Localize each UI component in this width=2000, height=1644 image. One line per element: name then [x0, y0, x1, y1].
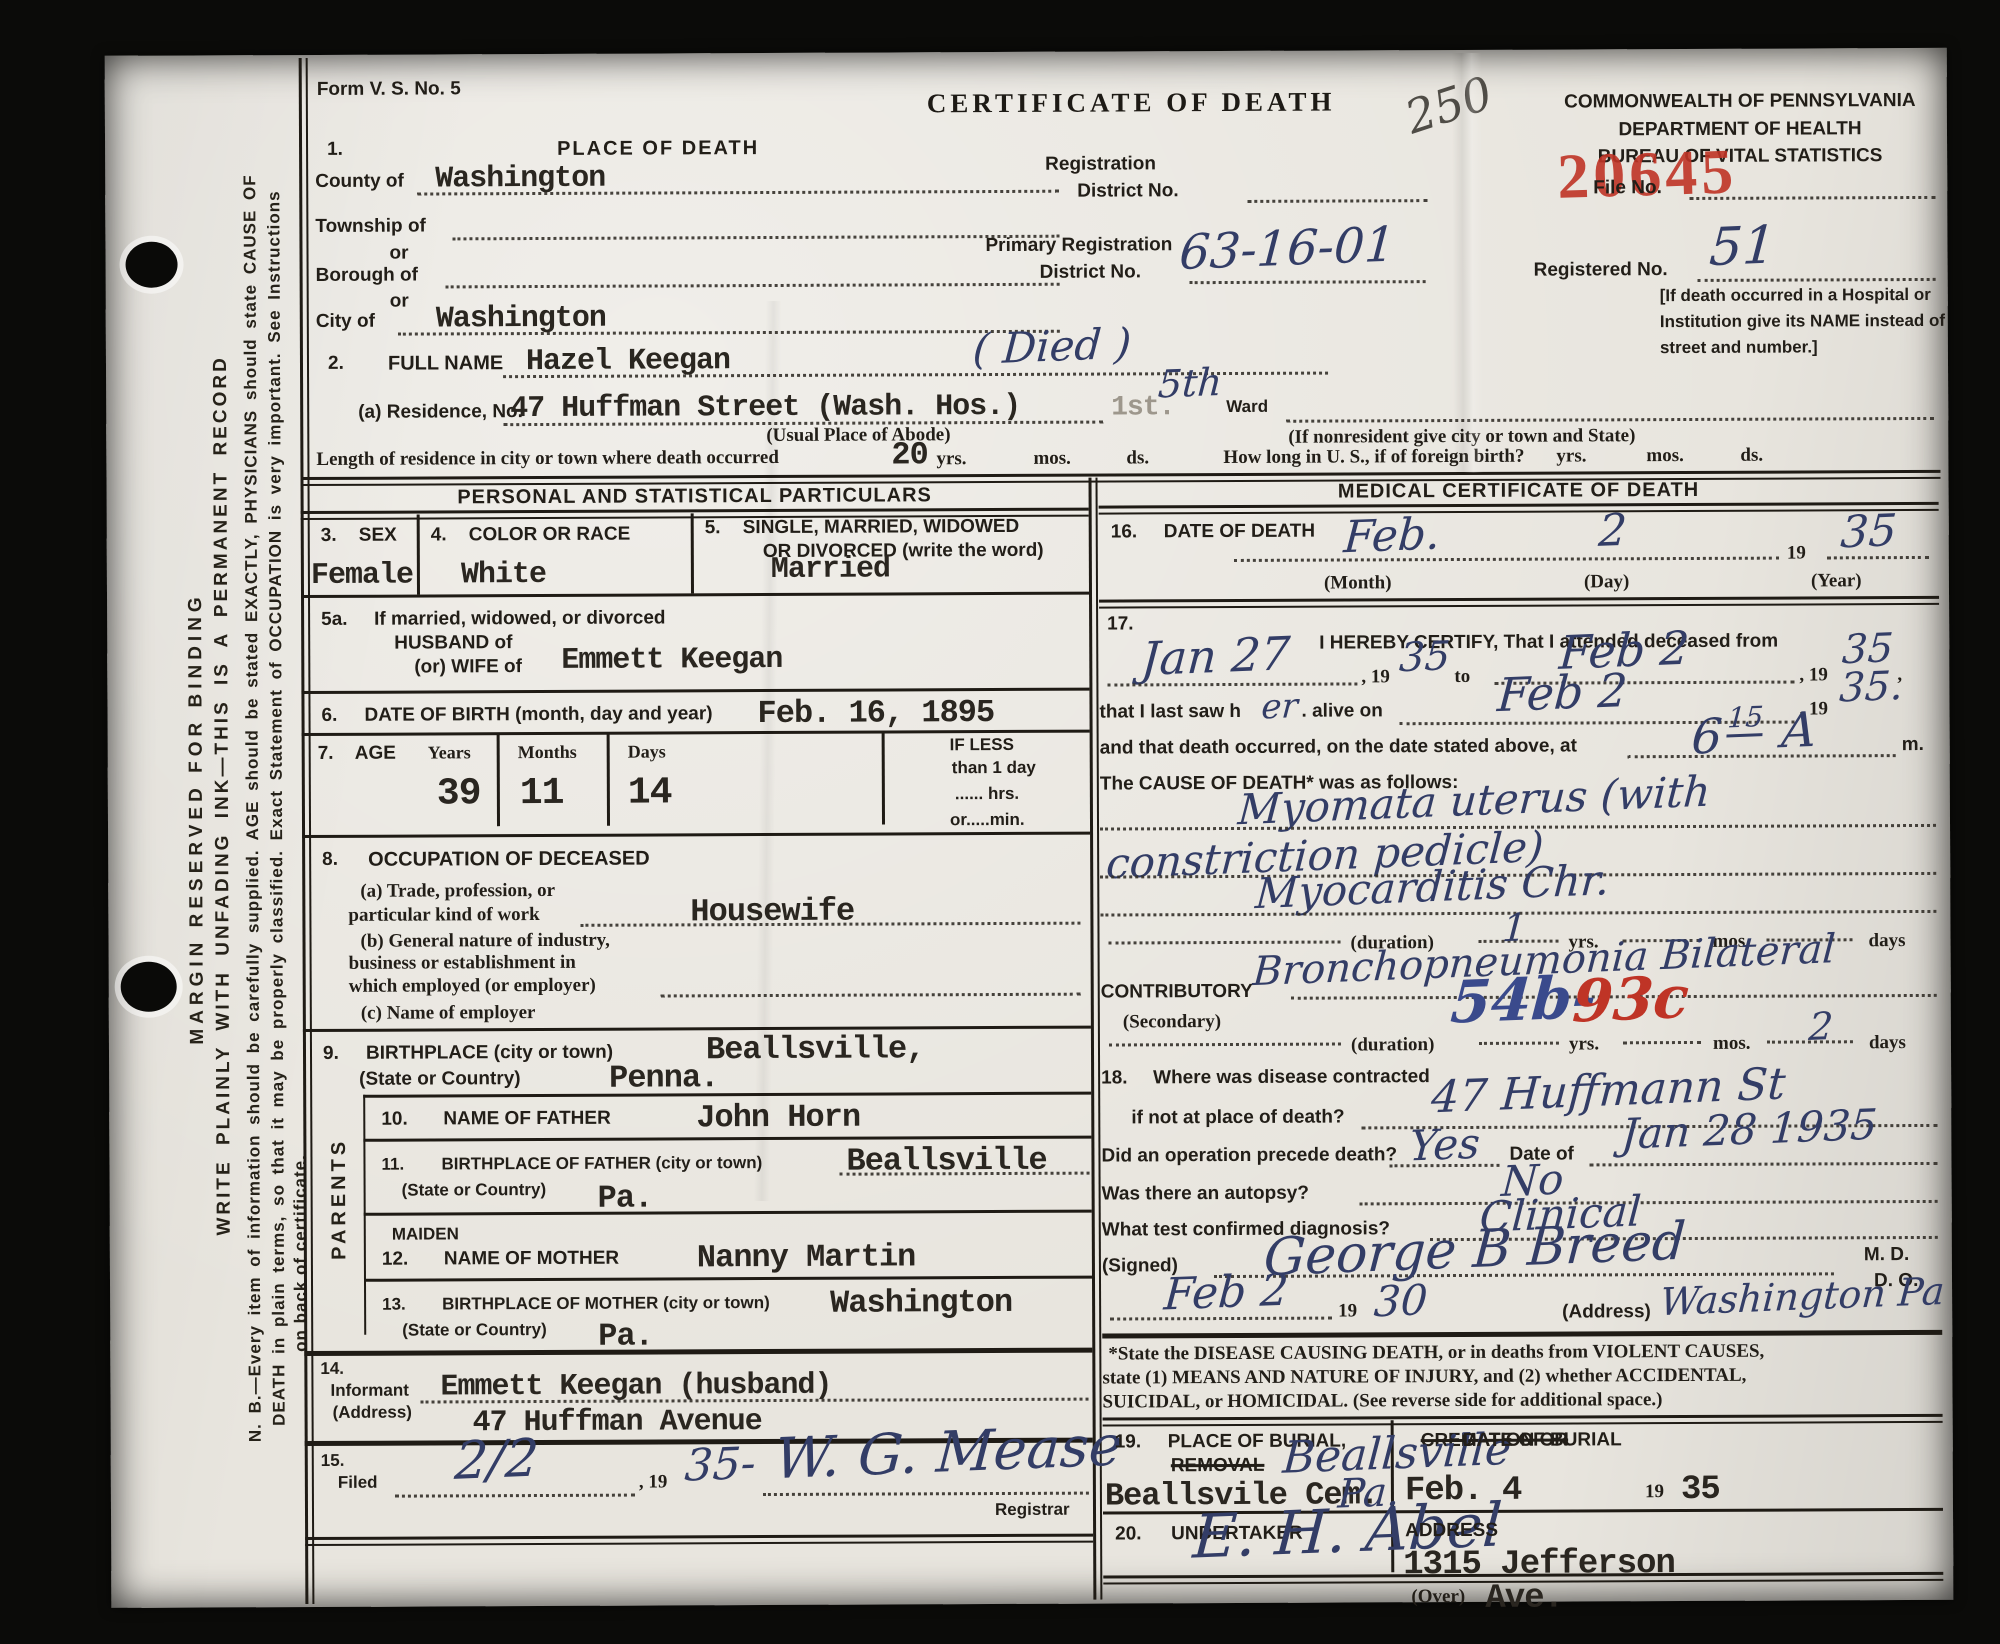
- spouse-value: Emmett Keegan: [561, 643, 782, 678]
- age-days-label: Days: [628, 741, 666, 762]
- length-of-residence-label: Length of residence in city or town wher…: [316, 447, 779, 471]
- spouse-label-2: HUSBAND of: [394, 632, 512, 655]
- place-of-death-title: PLACE OF DEATH: [557, 137, 759, 161]
- age-years-label: Years: [428, 742, 471, 763]
- city-label: City of: [316, 311, 375, 333]
- age-divider-3: [882, 733, 885, 825]
- item1-number: 1.: [327, 139, 343, 161]
- personal-section-title: PERSONAL AND STATISTICAL PARTICULARS: [301, 484, 1089, 510]
- attended-from-written: Jan 27: [1140, 626, 1292, 686]
- filed-year-prefix: , 19: [639, 1471, 668, 1493]
- item18-number: 18.: [1101, 1067, 1128, 1089]
- last-saw-year: 35.: [1838, 663, 1905, 712]
- filed-label: Filed: [338, 1473, 378, 1493]
- ward-label: Ward: [1226, 397, 1268, 417]
- year-sublabel: (Year): [1811, 570, 1862, 592]
- parents-vertical-label: PARENTS: [328, 1138, 352, 1260]
- date-of-birth-label: DATE OF BIRTH (month, day and year): [364, 703, 712, 727]
- father-value: John Horn: [696, 1099, 860, 1137]
- age-label: AGE: [355, 743, 396, 765]
- spouse-label-3: (or) WIFE of: [414, 656, 522, 678]
- full-name-annotation: ( Died ): [971, 319, 1132, 374]
- date-of-death-label: DATE OF DEATH: [1164, 521, 1315, 544]
- mother-value: Nanny Martin: [697, 1238, 916, 1276]
- registration-label: Registration: [1045, 153, 1156, 175]
- spouse-label-1: If married, widowed, or divorced: [374, 607, 665, 630]
- last-saw-pre-label: that I last saw h: [1099, 701, 1241, 724]
- us-yrs-label: yrs.: [1556, 445, 1586, 467]
- duration2-yrs-label: yrs.: [1569, 1033, 1599, 1055]
- item10-number: 10.: [381, 1109, 408, 1131]
- contributory-label: CONTRIBUTORY: [1101, 981, 1253, 1004]
- sex-race-divider: [417, 515, 420, 595]
- primary-registration-value: 63-16-01: [1178, 216, 1397, 281]
- attended-to-19: , 19: [1799, 664, 1828, 686]
- ward-handwritten: 5th: [1157, 360, 1224, 407]
- mother-label: NAME OF MOTHER: [444, 1248, 619, 1271]
- if-less-min: or.....min.: [950, 810, 1025, 830]
- item13-number: 13.: [382, 1295, 406, 1315]
- length-mos-label: mos.: [1033, 448, 1071, 470]
- month-sublabel: (Month): [1324, 572, 1392, 594]
- undertaker-address-line2: Ave.: [1485, 1580, 1563, 1618]
- operation-label: Did an operation precede death?: [1101, 1144, 1397, 1167]
- item11-number: 11.: [381, 1155, 404, 1175]
- occupation-a-value: Housewife: [690, 893, 854, 931]
- if-less-label-1: IF LESS: [950, 735, 1014, 755]
- length-yrs-label: yrs.: [936, 448, 966, 470]
- footnote-line-2: state (1) MEANS AND NATURE OF INJURY, an…: [1102, 1365, 1746, 1390]
- occupation-b-label-1: (b) General nature of industry,: [360, 930, 609, 953]
- registrar-signature: W. G. Mease: [773, 1413, 1124, 1492]
- death-certificate-scan: MARGIN RESERVED FOR BINDING WRITE PLAINL…: [0, 0, 2000, 1644]
- maiden-label: MAIDEN: [392, 1224, 459, 1244]
- last-saw-post-label: . alive on: [1301, 700, 1382, 722]
- primary-registration-district-label: District No.: [1040, 261, 1141, 283]
- duration1-days-label: days: [1868, 930, 1905, 952]
- death-year-value: 35: [1839, 505, 1898, 558]
- borough-label: Borough of: [316, 265, 418, 287]
- commonwealth-line: COMMONWEALTH OF PENNSYLVANIA: [1542, 90, 1938, 114]
- filed-date-written: 2/2: [453, 1428, 541, 1491]
- death-time-min: 15: [1726, 700, 1764, 738]
- operation-answer: Yes: [1408, 1119, 1482, 1171]
- removal-struck-label: REMOVAL: [1171, 1455, 1265, 1477]
- item20-number: 20.: [1115, 1523, 1142, 1545]
- item8-number: 8.: [322, 849, 338, 871]
- death-day-value: 2: [1597, 505, 1628, 557]
- form-number: Form V. S. No. 5: [317, 78, 461, 101]
- m-label: m.: [1902, 734, 1924, 756]
- footnote-line-1: *State the DISEASE CAUSING DEATH, or in …: [1108, 1341, 1764, 1366]
- secondary-label: (Secondary): [1123, 1011, 1221, 1033]
- item7-number: 7.: [318, 743, 334, 765]
- item5-number: 5.: [705, 517, 721, 539]
- occupation-a-label-1: (a) Trade, profession, or: [360, 880, 555, 903]
- age-divider-1: [497, 734, 500, 826]
- age-months-label: Months: [518, 742, 577, 763]
- residence-label: (a) Residence, No.: [358, 401, 523, 424]
- mother-birthplace-city: Washington: [830, 1284, 1012, 1322]
- informant-address-label: (Address): [333, 1403, 412, 1423]
- attended-to-label: to: [1454, 666, 1470, 688]
- full-name-label: FULL NAME: [388, 352, 503, 376]
- burial-year-value: 35: [1681, 1471, 1720, 1509]
- code-red-value: 93c: [1571, 963, 1691, 1036]
- death-occurred-label: and that death occurred, on the date sta…: [1100, 735, 1577, 759]
- margin-permanent-record-note: WRITE PLAINLY WITH UNFADING INK—THIS IS …: [210, 355, 236, 1235]
- age-years-value: 39: [437, 772, 481, 815]
- file-number-stamp: 20645: [1556, 134, 1738, 213]
- registered-no-label: Registered No.: [1534, 259, 1668, 282]
- death-time-hour: 6: [1690, 708, 1724, 765]
- item2-number: 2.: [328, 353, 344, 375]
- duration2-days-value: 2: [1807, 1004, 1834, 1049]
- medical-section-title: MEDICAL CERTIFICATE OF DEATH: [1099, 478, 1939, 505]
- punch-hole-bottom: [121, 962, 177, 1012]
- registered-no-value: 51: [1708, 215, 1778, 278]
- birthplace-state-value: Penna.: [609, 1059, 718, 1096]
- page-title: CERTIFICATE OF DEATH: [927, 87, 1336, 120]
- duration2-mos-line: [1623, 1041, 1701, 1044]
- occupation-c-label: (c) Name of employer: [361, 1002, 536, 1025]
- father-label: NAME OF FATHER: [443, 1108, 611, 1131]
- item17-number: 17.: [1107, 613, 1134, 635]
- undertaker-address-label: ADDRESS: [1405, 1520, 1498, 1542]
- death-time-ampm: A: [1780, 702, 1818, 760]
- last-saw-er-written: er: [1260, 686, 1299, 728]
- hospital-instruction-note: [If death occurred in a Hospital or Inst…: [1660, 282, 1952, 361]
- birthplace-state-label: (State or Country): [359, 1068, 521, 1091]
- or-label-1: or: [389, 243, 408, 265]
- margin-binding-note: MARGIN RESERVED FOR BINDING: [185, 592, 209, 1044]
- marital-value: Married: [771, 552, 890, 587]
- county-label: County of: [315, 171, 404, 193]
- sex-value: Female: [311, 559, 413, 593]
- item19-number: 19.: [1115, 1431, 1142, 1453]
- day-sublabel: (Day): [1584, 571, 1629, 593]
- duration2-mos-label: mos.: [1713, 1033, 1751, 1055]
- registrar-label: Registrar: [995, 1500, 1070, 1520]
- not-at-place-label: if not at place of death?: [1131, 1106, 1344, 1129]
- birthplace-label: BIRTHPLACE (city or town): [366, 1042, 613, 1065]
- date-of-burial-label: DATE OF BURIAL: [1463, 1429, 1622, 1452]
- or-label-2: or: [390, 291, 409, 313]
- registration-district-label: District No.: [1077, 180, 1178, 202]
- paper-sheet: MARGIN RESERVED FOR BINDING WRITE PLAINL…: [0, 0, 2000, 1644]
- marital-label-1: SINGLE, MARRIED, WIDOWED: [743, 516, 1020, 539]
- us-mos-label: mos.: [1646, 445, 1684, 467]
- length-of-residence-value: 20: [891, 436, 928, 473]
- item12-number: 12.: [382, 1249, 409, 1271]
- item9-number: 9.: [323, 1043, 339, 1065]
- disease-contracted-label: Where was disease contracted: [1153, 1066, 1430, 1089]
- date-of-birth-value: Feb. 16, 1895: [757, 694, 994, 732]
- item6-number: 6.: [321, 705, 337, 727]
- sex-label: SEX: [359, 525, 397, 547]
- sign-date-written: Feb 2: [1162, 1264, 1290, 1320]
- age-divider-2: [607, 734, 610, 826]
- mother-birthplace-state-label: (State or Country): [402, 1320, 547, 1341]
- mother-birthplace-label: BIRTHPLACE OF MOTHER (city or town): [442, 1293, 770, 1314]
- occupation-a-label-2: particular kind of work: [348, 904, 539, 927]
- md-label: M. D.: [1864, 1244, 1909, 1266]
- item5a-number: 5a.: [321, 609, 348, 631]
- footnote-line-3: SUICIDAL, or HOMICIDAL. (See reverse sid…: [1102, 1389, 1662, 1413]
- occupation-b-label-2: business or establishment in: [349, 952, 576, 975]
- if-less-hrs: ...... hrs.: [955, 784, 1019, 804]
- sign-year-written: 30: [1373, 1275, 1430, 1326]
- age-days-value: 14: [628, 771, 672, 814]
- address-label: (Address): [1562, 1301, 1651, 1323]
- death-year-19: 19: [1787, 542, 1806, 564]
- attended-from-year: 35: [1398, 633, 1452, 681]
- occupation-b-label-3: which employed (or employer): [349, 975, 596, 998]
- duration2-label: (duration): [1351, 1034, 1435, 1056]
- informant-label: Informant: [330, 1381, 408, 1401]
- how-long-us-label: How long in U. S., if of foreign birth?: [1223, 446, 1524, 469]
- item16-number: 16.: [1111, 521, 1138, 543]
- operation-date-value: Jan 28 1935: [1620, 1100, 1879, 1159]
- us-ds-label: ds.: [1740, 445, 1763, 467]
- autopsy-label: Was there an autopsy?: [1102, 1183, 1309, 1206]
- death-month-value: Feb.: [1342, 508, 1442, 563]
- sign-19: 19: [1338, 1300, 1357, 1322]
- township-label: Township of: [315, 215, 426, 237]
- duration2-days-label: days: [1869, 1032, 1906, 1054]
- father-birthplace-label: BIRTHPLACE OF FATHER (city or town): [441, 1153, 762, 1174]
- item15-number: 15.: [321, 1451, 345, 1471]
- filed-year-written: 35-: [683, 1438, 757, 1492]
- race-label: COLOR OR RACE: [469, 524, 631, 547]
- item14-number: 14.: [320, 1359, 344, 1379]
- punch-hole-top: [125, 242, 177, 288]
- race-value: White: [461, 558, 546, 592]
- father-birthplace-state-label: (State or Country): [402, 1180, 547, 1201]
- duration2-yrs-line: [1479, 1042, 1559, 1045]
- length-ds-label: ds.: [1126, 447, 1149, 469]
- last-saw-written: Feb 2: [1496, 663, 1629, 722]
- over-note: (Over): [1411, 1586, 1465, 1608]
- file-no-label: File No.: [1593, 177, 1662, 199]
- item4-number: 4.: [431, 524, 447, 546]
- item3-number: 3.: [321, 525, 337, 547]
- certify-line: I HEREBY CERTIFY, That I attended deceas…: [1319, 631, 1778, 655]
- if-less-label-2: than 1 day: [952, 758, 1036, 778]
- burial-19: 19: [1645, 1481, 1664, 1503]
- birthplace-city-value: Beallsville,: [706, 1030, 925, 1068]
- occupation-label: OCCUPATION OF DECEASED: [368, 848, 650, 872]
- attended-from-19: , 19: [1361, 666, 1390, 688]
- race-marital-divider: [691, 513, 694, 593]
- age-months-value: 11: [520, 772, 564, 815]
